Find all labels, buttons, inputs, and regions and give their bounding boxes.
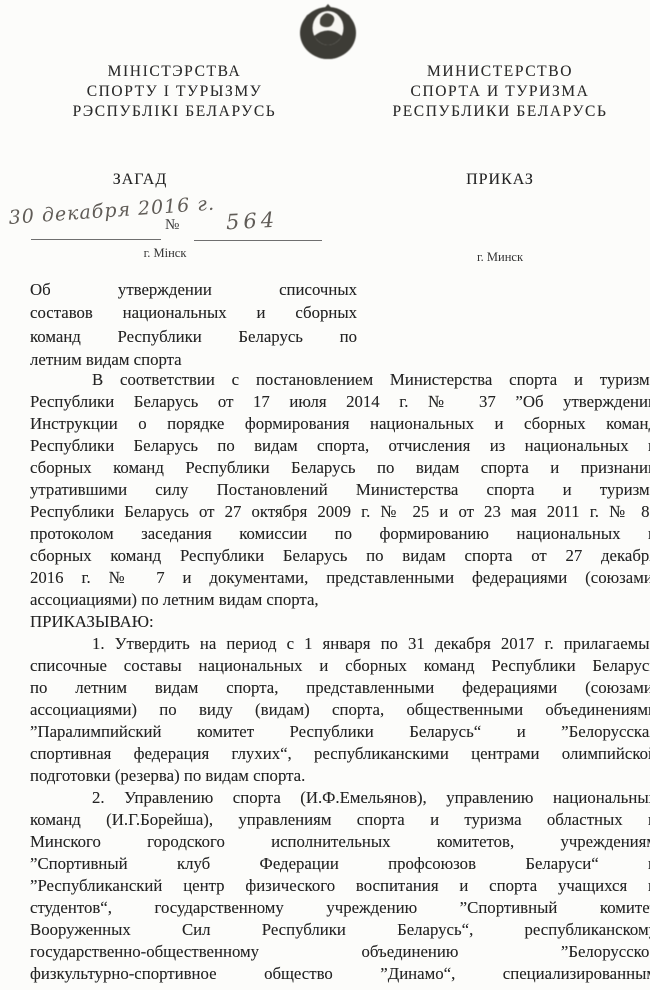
ministry-name-line: МИНИСТЕРСТВО	[352, 62, 648, 82]
date-underline	[31, 239, 161, 240]
body-text-line: ассоциациями) по летним видам спорта,	[30, 589, 650, 611]
body-text-line: сборных команд Республики Беларусь по ви…	[30, 545, 650, 567]
body-text-line: сборных команд Республики Беларусь по ви…	[30, 457, 650, 479]
body-text-line: государственно-общественному объединению…	[30, 941, 650, 963]
number-sign: №	[165, 217, 179, 234]
body-text-line: ПРИКАЗЫВАЮ:	[30, 611, 650, 633]
subject-line: составов национальных и сборных	[30, 301, 357, 324]
order-label-russian: ПРИКАЗ	[418, 171, 582, 189]
ministry-name-line: СПОРТА И ТУРИЗМА	[352, 82, 648, 102]
order-date-handwritten: 30 декабря 2016 г.	[8, 193, 216, 229]
body-text-line: команд (И.Г.Борейша), управлениям спорта…	[30, 809, 650, 831]
order-label-belarusian: ЗАГАД	[58, 171, 222, 189]
order-number-handwritten: 564	[225, 208, 278, 235]
body-text-line: Минского городского исполнительных комит…	[30, 831, 650, 853]
city-label-belarusian: г. Мінск	[65, 246, 265, 261]
body-text-line: студентов“, государственному учреждению …	[30, 897, 650, 919]
coat-of-arms-icon	[297, 3, 359, 61]
body-text-line: 2016 г. № 7 и документами, представленны…	[30, 567, 650, 589]
body-text-line: ассоциациями) по виду (видам) спорта, об…	[30, 699, 650, 721]
ministry-name-line: РЕСПУБЛИКИ БЕЛАРУСЬ	[352, 102, 648, 122]
subject-line: команд Республики Беларусь по	[30, 325, 357, 348]
body-text-line: ”Спортивный клуб Федерации профсоюзов Бе…	[30, 853, 650, 875]
body-text-line: Республики Беларусь от 17 июля 2014 г. №…	[30, 391, 650, 413]
body-text-line: спортивная федерация глухих“, республика…	[30, 743, 650, 765]
order-subject-block: Об утверждении списочныхсоставов национа…	[30, 278, 357, 372]
body-text-line: утратившими силу Постановлений Министерс…	[30, 479, 650, 501]
order-body-text: В соответствии с постановлением Министер…	[30, 369, 650, 985]
ministry-name-belarusian: МІНІСТЭРСТВАСПОРТУ І ТУРЫЗМУРЭСПУБЛІКІ Б…	[22, 62, 327, 122]
body-text-line: ”Паралимпийский комитет Республики Белар…	[30, 721, 650, 743]
body-text-line: подготовки (резерва) по видам спорта.	[30, 765, 650, 787]
ministry-name-line: РЭСПУБЛІКІ БЕЛАРУСЬ	[22, 102, 327, 122]
ministry-name-line: СПОРТУ І ТУРЫЗМУ	[22, 82, 327, 102]
subject-line: Об утверждении списочных	[30, 278, 357, 301]
body-text-line: по летним видам спорта, представленными …	[30, 677, 650, 699]
body-text-line: Республики Беларусь от 27 октября 2009 г…	[30, 501, 650, 523]
body-text-line: В соответствии с постановлением Министер…	[30, 369, 650, 391]
body-text-line: ”Республиканский центр физического воспи…	[30, 875, 650, 897]
body-text-line: протоколом заседания комиссии по формиро…	[30, 523, 650, 545]
body-text-line: Вооруженных Сил Республики Беларусь“, ре…	[30, 919, 650, 941]
body-text-line: Республики Беларусь по видам спорта, отч…	[30, 435, 650, 457]
number-underline	[194, 240, 322, 241]
ministry-name-line: МІНІСТЭРСТВА	[22, 62, 327, 82]
scanned-order-document: МІНІСТЭРСТВАСПОРТУ І ТУРЫЗМУРЭСПУБЛІКІ Б…	[0, 0, 650, 990]
body-text-line: физкультурно-спортивное общество ”Динамо…	[30, 963, 650, 985]
body-text-line: 2. Управлению спорта (И.Ф.Емельянов), уп…	[30, 787, 650, 809]
ministry-name-russian: МИНИСТЕРСТВОСПОРТА И ТУРИЗМАРЕСПУБЛИКИ Б…	[352, 62, 648, 122]
body-text-line: Инструкции о порядке формирования национ…	[30, 413, 650, 435]
city-label-russian: г. Минск	[400, 250, 600, 265]
body-text-line: списочные составы национальных и сборных…	[30, 655, 650, 677]
body-text-line: 1. Утвердить на период с 1 января по 31 …	[30, 633, 650, 655]
